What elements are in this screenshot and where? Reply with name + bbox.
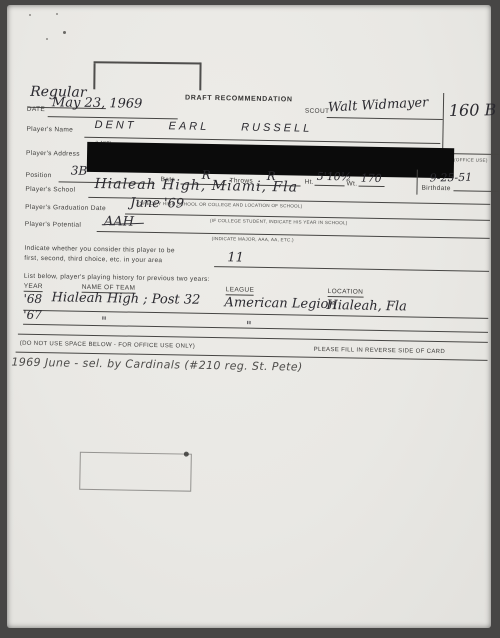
- choice-label-line1: Indicate whether you consider this playe…: [24, 245, 175, 255]
- scout-label: SCOUT: [305, 108, 330, 115]
- handwritten-position: 3B: [71, 164, 88, 178]
- weight-label: Wt.: [347, 180, 358, 187]
- graduation-date-label: Player's Graduation Date: [25, 204, 106, 212]
- handwritten-player-name: DENT EARL RUSSELL: [94, 119, 312, 135]
- history-header-league: LEAGUE: [226, 286, 255, 295]
- stamp-corner-mark: [184, 452, 189, 457]
- rule-line: [23, 324, 488, 333]
- stamp-outline-bottom: [79, 452, 192, 492]
- handwritten-potential: AAH: [104, 214, 134, 230]
- reverse-side-label: PLEASE FILL IN REVERSE SIDE OF CARD: [314, 347, 445, 355]
- history-league-ditto: ": [246, 319, 252, 333]
- history-location: Hialeah, Fla: [326, 298, 407, 314]
- potential-sublabel: (INDICATE MAJOR, AAA, AA, ETC.): [212, 236, 294, 242]
- rule-line: [214, 266, 489, 272]
- history-team: Hialeah High ; Post 32: [51, 290, 200, 308]
- handwritten-scout-signature: Walt Widmayer: [328, 95, 429, 115]
- handwritten-choice: 11: [227, 250, 244, 265]
- height-label: Ht.: [305, 179, 314, 186]
- history-year: '68: [23, 292, 42, 306]
- do-not-use-label: (DO NOT USE SPACE BELOW - FOR OFFICE USE…: [20, 341, 196, 350]
- date-label: DATE: [27, 106, 45, 113]
- choice-label-line2: first, second, third choice, etc. in you…: [24, 255, 162, 264]
- handwritten-office-note: 1969 June - sel. by Cardinals (#210 reg.…: [11, 356, 302, 374]
- history-intro: List below, player's playing history for…: [24, 273, 210, 283]
- office-use-divider: [442, 93, 444, 155]
- handwritten-school: Hialeah High, Miami, Fla: [94, 176, 298, 196]
- office-use-label: (OFFICE USE): [454, 157, 488, 163]
- rule-line: [327, 117, 443, 120]
- player-name-label: Player's Name: [26, 126, 73, 134]
- handwritten-weight: 170: [361, 172, 382, 185]
- scanned-scouting-card: Regular DATE May 23, 1969 DRAFT RECOMMEN…: [0, 0, 500, 638]
- form-title: DRAFT RECOMMENDATION: [185, 95, 293, 104]
- graduation-sublabel: (IF COLLEGE STUDENT, INDICATE HIS YEAR I…: [210, 218, 348, 225]
- player-potential-label: Player's Potential: [25, 221, 81, 229]
- history-year: '67: [23, 308, 42, 322]
- handwritten-graduation: June '69: [130, 196, 184, 212]
- history-header-year: YEAR: [24, 283, 43, 292]
- rule-line: [23, 310, 488, 319]
- birthdate-label: Birthdate: [421, 185, 450, 193]
- rule-line: [315, 185, 345, 187]
- position-label: Position: [26, 172, 52, 179]
- handwritten-card-number: 160 B: [449, 100, 497, 120]
- handwritten-date: May 23, 1969: [52, 95, 143, 112]
- birthdate-divider: [416, 170, 417, 195]
- player-school-label: Player's School: [25, 186, 75, 194]
- history-league: American Legion: [224, 295, 337, 312]
- draft-recommendation-form: Regular DATE May 23, 1969 DRAFT RECOMMEN…: [0, 0, 500, 638]
- stamp-outline-top: [93, 61, 201, 90]
- rule-line: [359, 186, 385, 187]
- handwritten-birthdate: 9-25-51: [430, 171, 473, 185]
- rule-line: [453, 190, 498, 192]
- player-address-label: Player's Address: [26, 150, 80, 158]
